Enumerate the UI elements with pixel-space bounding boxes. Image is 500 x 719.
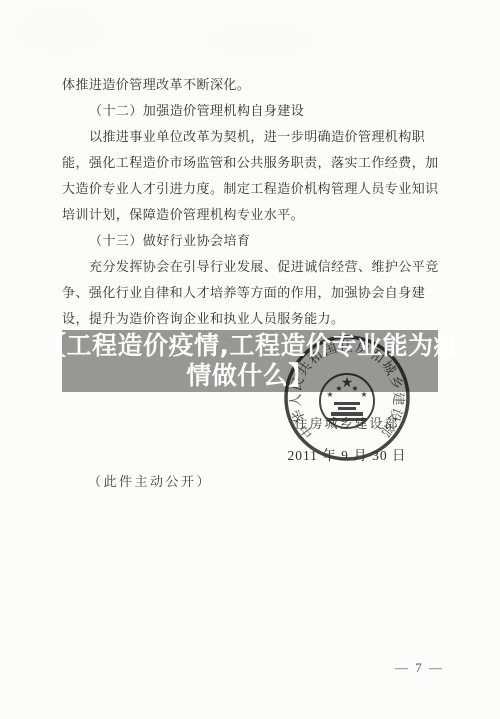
watermark-band: 【工程造价疫情,工程造价专业能为疫 情做什么】 (62, 330, 438, 392)
publicity-note: （此件主动公开） (88, 471, 212, 490)
body-line: 体推进造价管理改革不断深化。 (62, 72, 439, 98)
body-line: 大造价专业人才引进力度。制定工程造价机构管理人员专业知识 (62, 176, 439, 202)
body-line: 培训计划，保障造价管理机构专业水平。 (62, 202, 439, 228)
body-line: 争、强化行业自律和人才培养等方面的作用，加强协会自身建 (62, 280, 439, 306)
body-line: 以推进事业单位改革为契机，进一步明确造价管理机构职 (62, 124, 439, 150)
watermark-text-line1: 【工程造价疫情,工程造价专业能为疫 (41, 331, 459, 361)
page-number: — 7 — (395, 660, 444, 676)
scanned-document-page: 体推进造价管理改革不断深化。 （十二）加强造价管理机构自身建设 以推进事业单位改… (0, 0, 500, 719)
section-heading-12: （十二）加强造价管理机构自身建设 (62, 98, 439, 124)
body-line: 充分发挥协会在引导行业发展、促进诚信经营、维护公平竞 (62, 254, 439, 280)
section-heading-13: （十三）做好行业协会培育 (62, 228, 439, 254)
document-body: 体推进造价管理改革不断深化。 （十二）加强造价管理机构自身建设 以推进事业单位改… (62, 72, 439, 332)
watermark-text-line2: 情做什么】 (186, 361, 314, 391)
emblem-gate (327, 402, 367, 421)
body-line: 能，强化工程造价市场监管和公共服务职责，落实工作经费，加 (62, 150, 439, 176)
